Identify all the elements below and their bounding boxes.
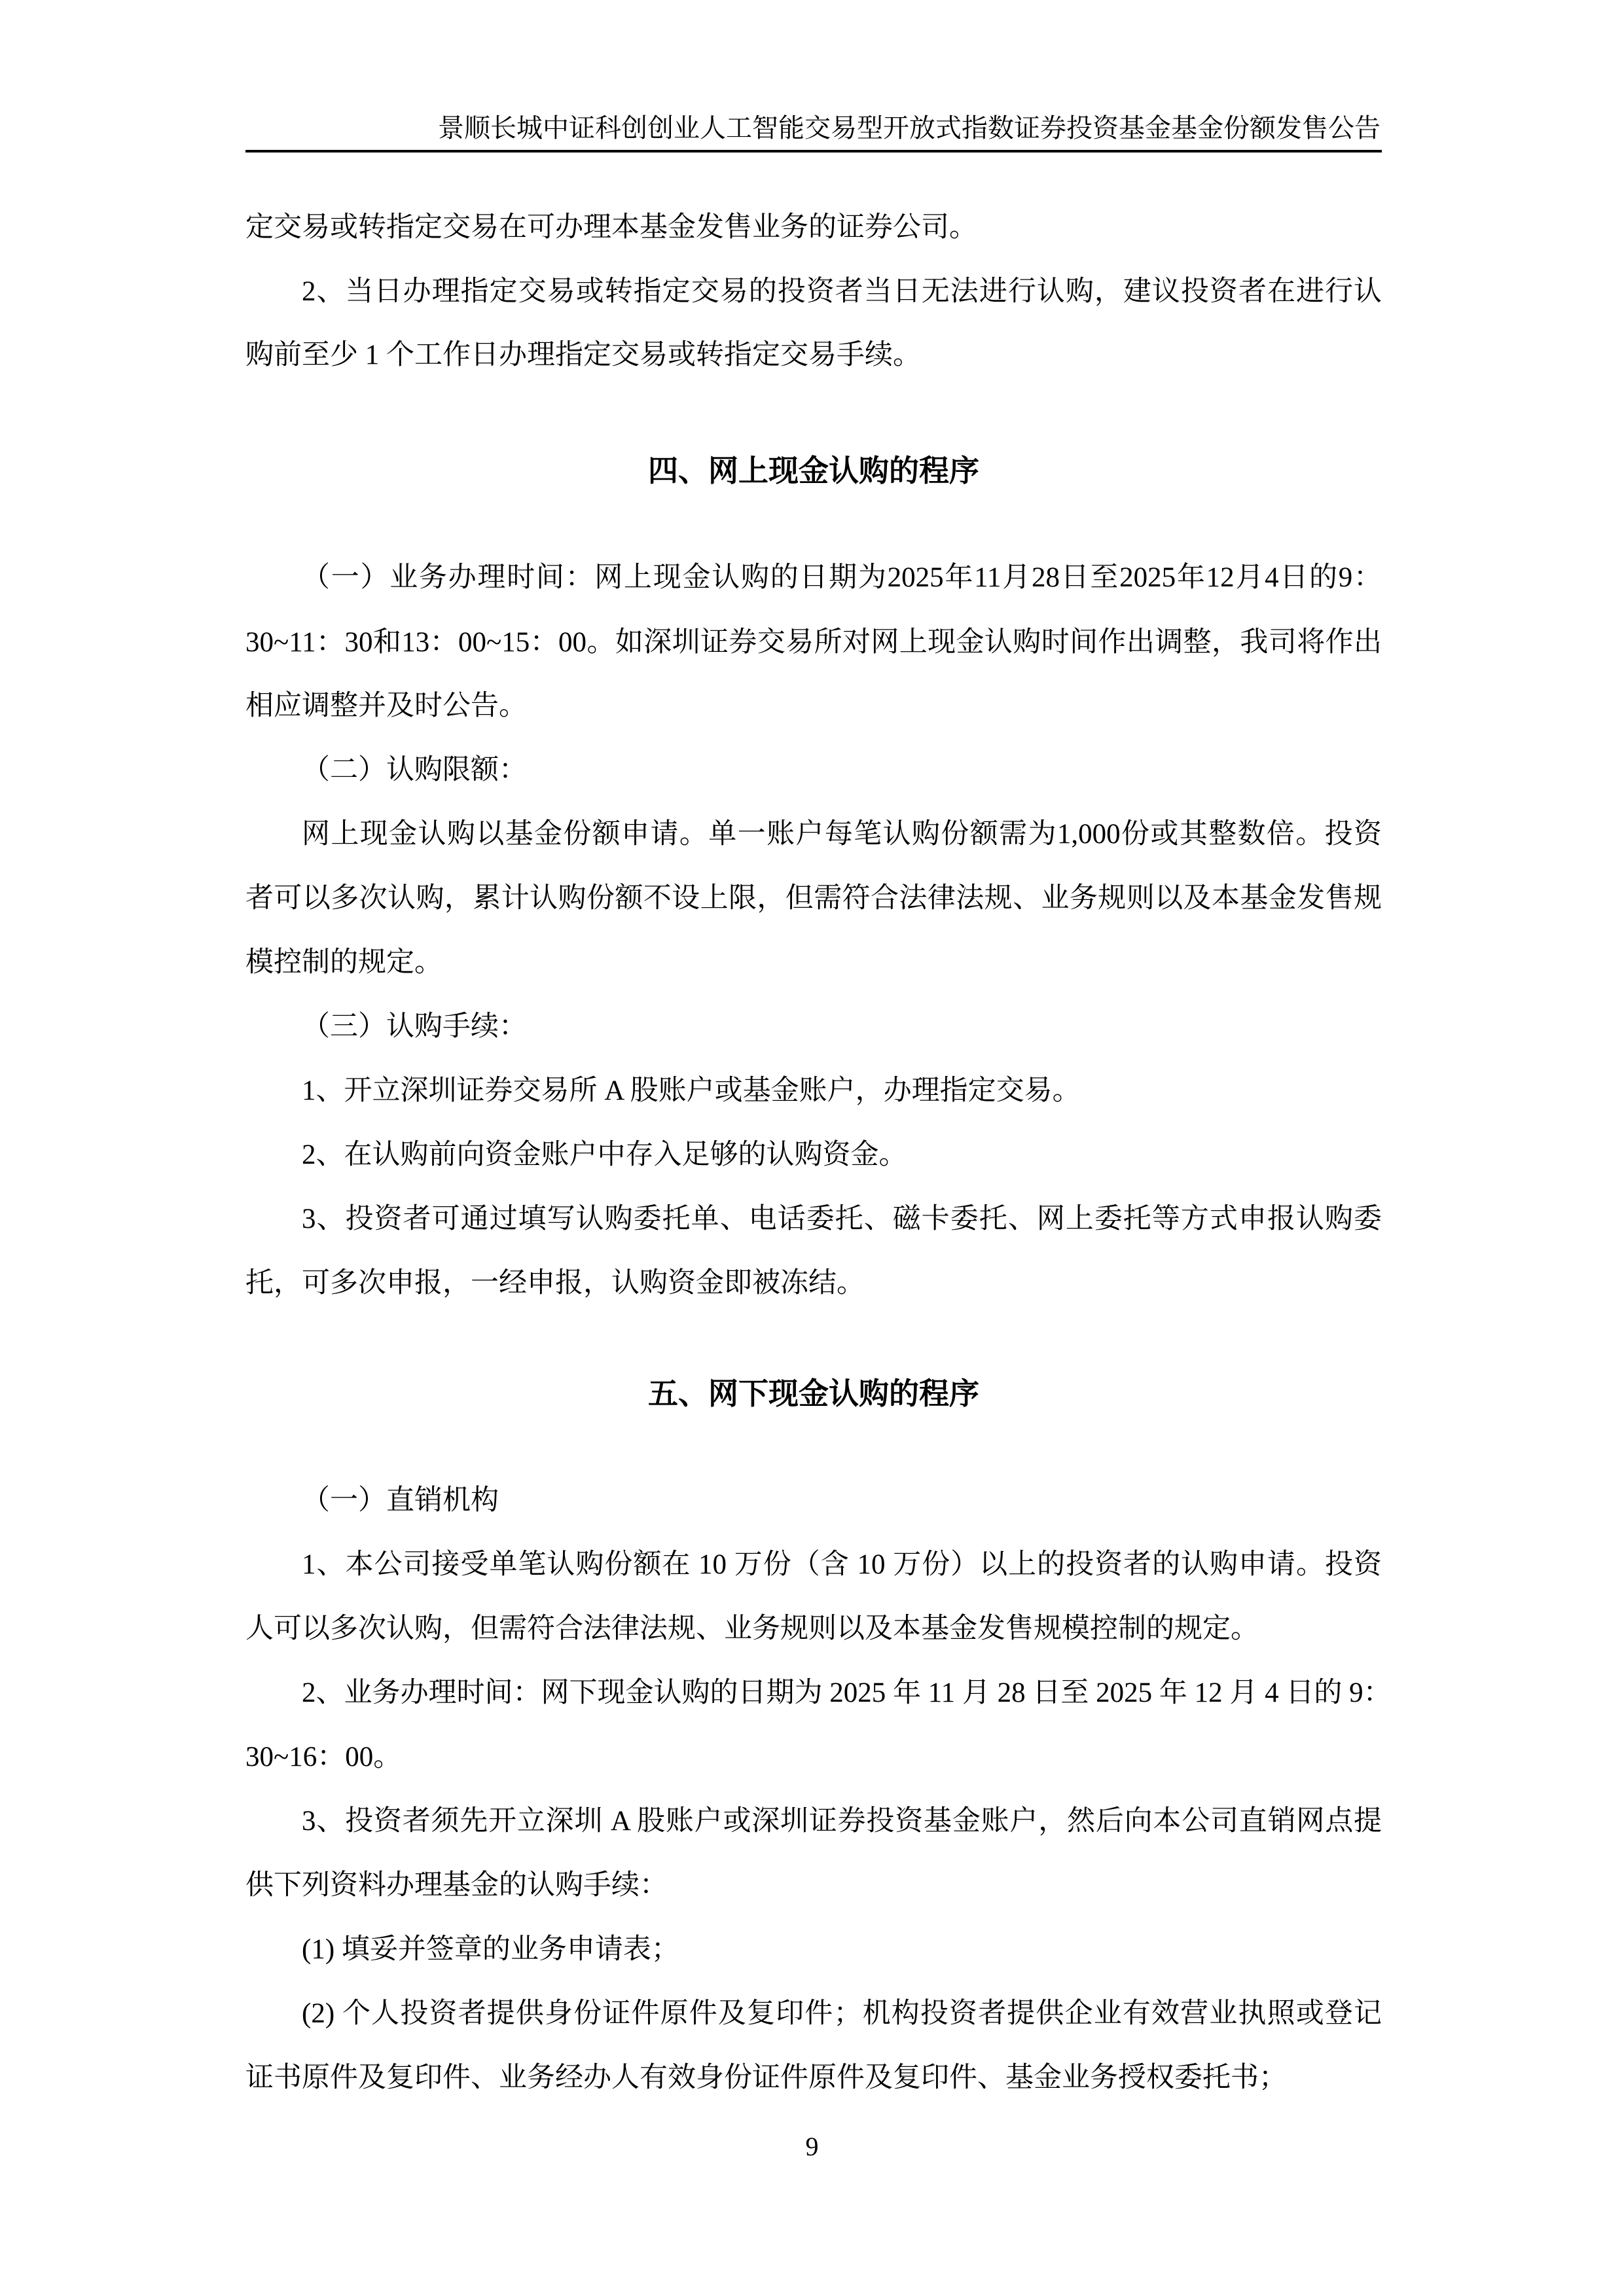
section-heading-5: 五、网下现金认购的程序 [245,1374,1382,1414]
paragraph-line: 30~11：30和13：00~15：00。如深圳证券交易所对网上现金认购时间作出… [245,623,1382,662]
list-item: 1、本公司接受单笔认购份额在 10 万份（含 10 万份）以上的投资者的认购申请… [302,1545,1382,1585]
list-item: 2、在认购前向资金账户中存入足够的认购资金。 [302,1136,1382,1175]
list-item: 3、投资者须先开立深圳 A 股账户或深圳证券投资基金账户，然后向本公司直销网点提 [302,1802,1382,1841]
list-item: (1) 填妥并签章的业务申请表； [302,1930,1382,1969]
header-divider [245,150,1382,152]
paragraph-line: 人可以多次认购，但需符合法律法规、业务规则以及本基金发售规模控制的规定。 [245,1609,1382,1649]
paragraph-line: 证书原件及复印件、业务经办人有效身份证件原件及复印件、基金业务授权委托书； [245,2058,1382,2098]
section-heading-4: 四、网上现金认购的程序 [245,452,1382,491]
page-number: 9 [0,2127,1624,2166]
paragraph-line: 2、当日办理指定交易或转指定交易的投资者当日无法进行认购，建议投资者在进行认 [302,272,1382,312]
list-item: 1、开立深圳证券交易所 A 股账户或基金账户，办理指定交易。 [302,1071,1382,1111]
paragraph-line: 托，可多次申报，一经申报，认购资金即被冻结。 [245,1264,1382,1303]
list-item: 2、业务办理时间：网下现金认购的日期为 2025 年 11 月 28 日至 20… [302,1674,1382,1713]
paragraph-line: 网上现金认购以基金份额申请。单一账户每笔认购份额需为1,000份或其整数倍。投资 [302,815,1382,854]
subsection-title: （二）认购限额： [302,751,1382,790]
document-title: 景顺长城中证科创创业人工智能交易型开放式指数证券投资基金基金份额发售公告 [438,113,1380,144]
paragraph-line: 模控制的规定。 [245,943,1382,982]
paragraph-line: 30~16：00。 [245,1738,1382,1777]
paragraph-line: 者可以多次认购，累计认购份额不设上限，但需符合法律法规、业务规则以及本基金发售规 [245,879,1382,918]
paragraph-line: 供下列资料办理基金的认购手续： [245,1866,1382,1905]
paragraph-line: 购前至少 1 个工作日办理指定交易或转指定交易手续。 [245,336,1382,375]
paragraph-line: 定交易或转指定交易在可办理本基金发售业务的证券公司。 [245,208,1382,247]
paragraph-line: （一）业务办理时间：网上现金认购的日期为2025年11月28日至2025年12月… [302,558,1382,598]
list-item: (2) 个人投资者提供身份证件原件及复印件；机构投资者提供企业有效营业执照或登记 [302,1994,1382,2034]
list-item: 3、投资者可通过填写认购委托单、电话委托、磁卡委托、网上委托等方式申报认购委 [302,1200,1382,1239]
subsection-title: （一）直销机构 [302,1481,1382,1520]
paragraph-line: 相应调整并及时公告。 [245,687,1382,726]
subsection-title: （三）认购手续： [302,1007,1382,1047]
